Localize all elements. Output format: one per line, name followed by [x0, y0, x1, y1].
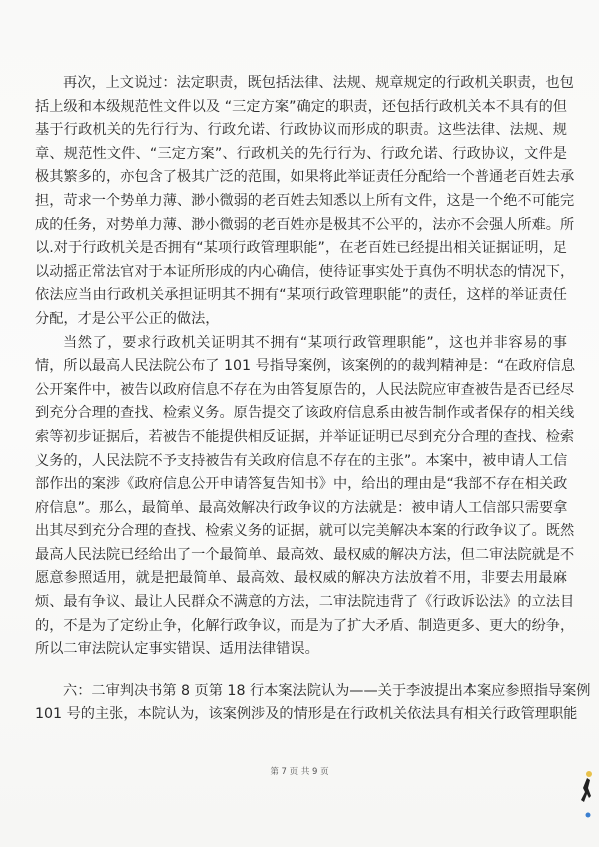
text-line: 当然了，要求行政机关证明其不拥有“某项行政管理职能”，这也并非容易的事: [35, 332, 567, 356]
text-line: 公开案件中，被告以政府信息不存在为由答复原告的，人民法院应审查被告是否已经尽: [35, 379, 567, 403]
text-line: 成的任务，对势单力薄、渺小微弱的老百姓亦是极其不公平的，法亦不会强人所难。所: [35, 214, 567, 238]
text-line: 部作出的案涉《政府信息公开申请答复告知书》中，给出的理由是“我部不存在相关政: [35, 473, 567, 497]
text-line: 情，所以最高人民法院公布了 101 号指导案例，该案例的的裁判精神是：“在政府信…: [35, 355, 567, 379]
document-page: 再次，上文说过：法定职责，既包括法律、法规、规章规定的行政机关职责，也包 括上级…: [0, 0, 599, 847]
paragraph-again: 再次，上文说过：法定职责，既包括法律、法规、规章规定的行政机关职责，也包 括上级…: [35, 72, 567, 332]
text-line: 最高人民法院已经给出了一个最简单、最高效、最权威的解决方法，但二审法院就是不: [35, 544, 567, 568]
scan-speck: [470, 684, 472, 687]
document-body: 再次，上文说过：法定职责，既包括法律、法规、规章规定的行政机关职责，也包 括上级…: [35, 72, 567, 727]
page-number-footer: 第 7 页 共 9 页: [0, 765, 599, 777]
text-line: 括上级和本级规范性文件以及 “三定方案”确定的职责，还包括行政机关本不具有的但: [35, 96, 567, 120]
text-line: 101 号的主张，本院认为，该案例涉及的情形是在行政机关依法具有相关行政管理职能: [35, 703, 567, 727]
text-line: 府信息”。那么，最简单、最高效解决行政争议的方法就是：被申请人工信部只需要拿: [35, 497, 567, 521]
text-line: 的，不是为了定纷止争，化解行政争议，而是为了扩大矛盾、制造更多、更大的纷争，: [35, 615, 567, 639]
text-line: 基于行政机关的先行行为、行政允诺、行政协议而形成的职责。这些法律、法规、规: [35, 119, 567, 143]
text-line: 以.对于行政机关是否拥有“某项行政管理职能”，在老百姓已经提出相关证据证明，足: [35, 237, 567, 261]
text-line: 再次，上文说过：法定职责，既包括法律、法规、规章规定的行政机关职责，也包: [35, 72, 567, 96]
text-line: 章、规范性文件、“三定方案”、行政机关的先行行为、行政允诺、行政协议，文件是: [35, 143, 567, 167]
text-line: 以动摇正常法官对于本证所形成的内心确信，使待证事实处于真伪不明状态的情况下，: [35, 261, 567, 285]
text-line: 愿意参照适用，就是把最简单、最高效、最权威的解决方法放着不用，非要去用最麻: [35, 567, 567, 591]
text-line: 到充分合理的查找、检索义务。原告提交了该政府信息系由被告制作或者保存的相关线: [35, 402, 567, 426]
text-line: 出其尽到充分合理的查找、检索义务的证据，就可以完美解决本案的行政争议了。既然: [35, 520, 567, 544]
text-line: 义务的，人民法院不予支持被告有关政府信息不存在的主张”。本案中，被申请人工信: [35, 450, 567, 474]
text-line: 六：二审判决书第 8 页第 18 行本案法院认为——关于李波提出本案应参照指导案…: [35, 680, 567, 704]
paragraph-of-course: 当然了，要求行政机关证明其不拥有“某项行政管理职能”，这也并非容易的事 情，所以…: [35, 332, 567, 662]
text-line: 索等初步证据后，若被告不能提供相反证据，并举证证明已尽到充分合理的查找、检索: [35, 426, 567, 450]
text-line: 分配，才是公平公正的做法，: [35, 308, 567, 332]
text-line: 烦、最有争议、最让人民群众不满意的方法，二审法院违背了《行政诉讼法》的立法目: [35, 591, 567, 615]
paragraph-six: 六：二审判决书第 8 页第 18 行本案法院认为——关于李波提出本案应参照指导案…: [35, 680, 567, 727]
paragraph-gap: [35, 662, 567, 680]
text-line: 依法应当由行政机关承担证明其不拥有“某项行政管理职能”的责任，这样的举证责任: [35, 284, 567, 308]
text-line: 极其繁多的，亦包含了极其广泛的范围，如果将此举证责任分配给一个普通老百姓去承: [35, 166, 567, 190]
scan-artifact-icon: [575, 770, 593, 820]
text-line: 担，苛求一个势单力薄、渺小微弱的老百姓去知悉以上所有文件，这是一个绝不可能完: [35, 190, 567, 214]
text-line: 所以二审法院认定事实错误、适用法律错误。: [35, 638, 567, 662]
